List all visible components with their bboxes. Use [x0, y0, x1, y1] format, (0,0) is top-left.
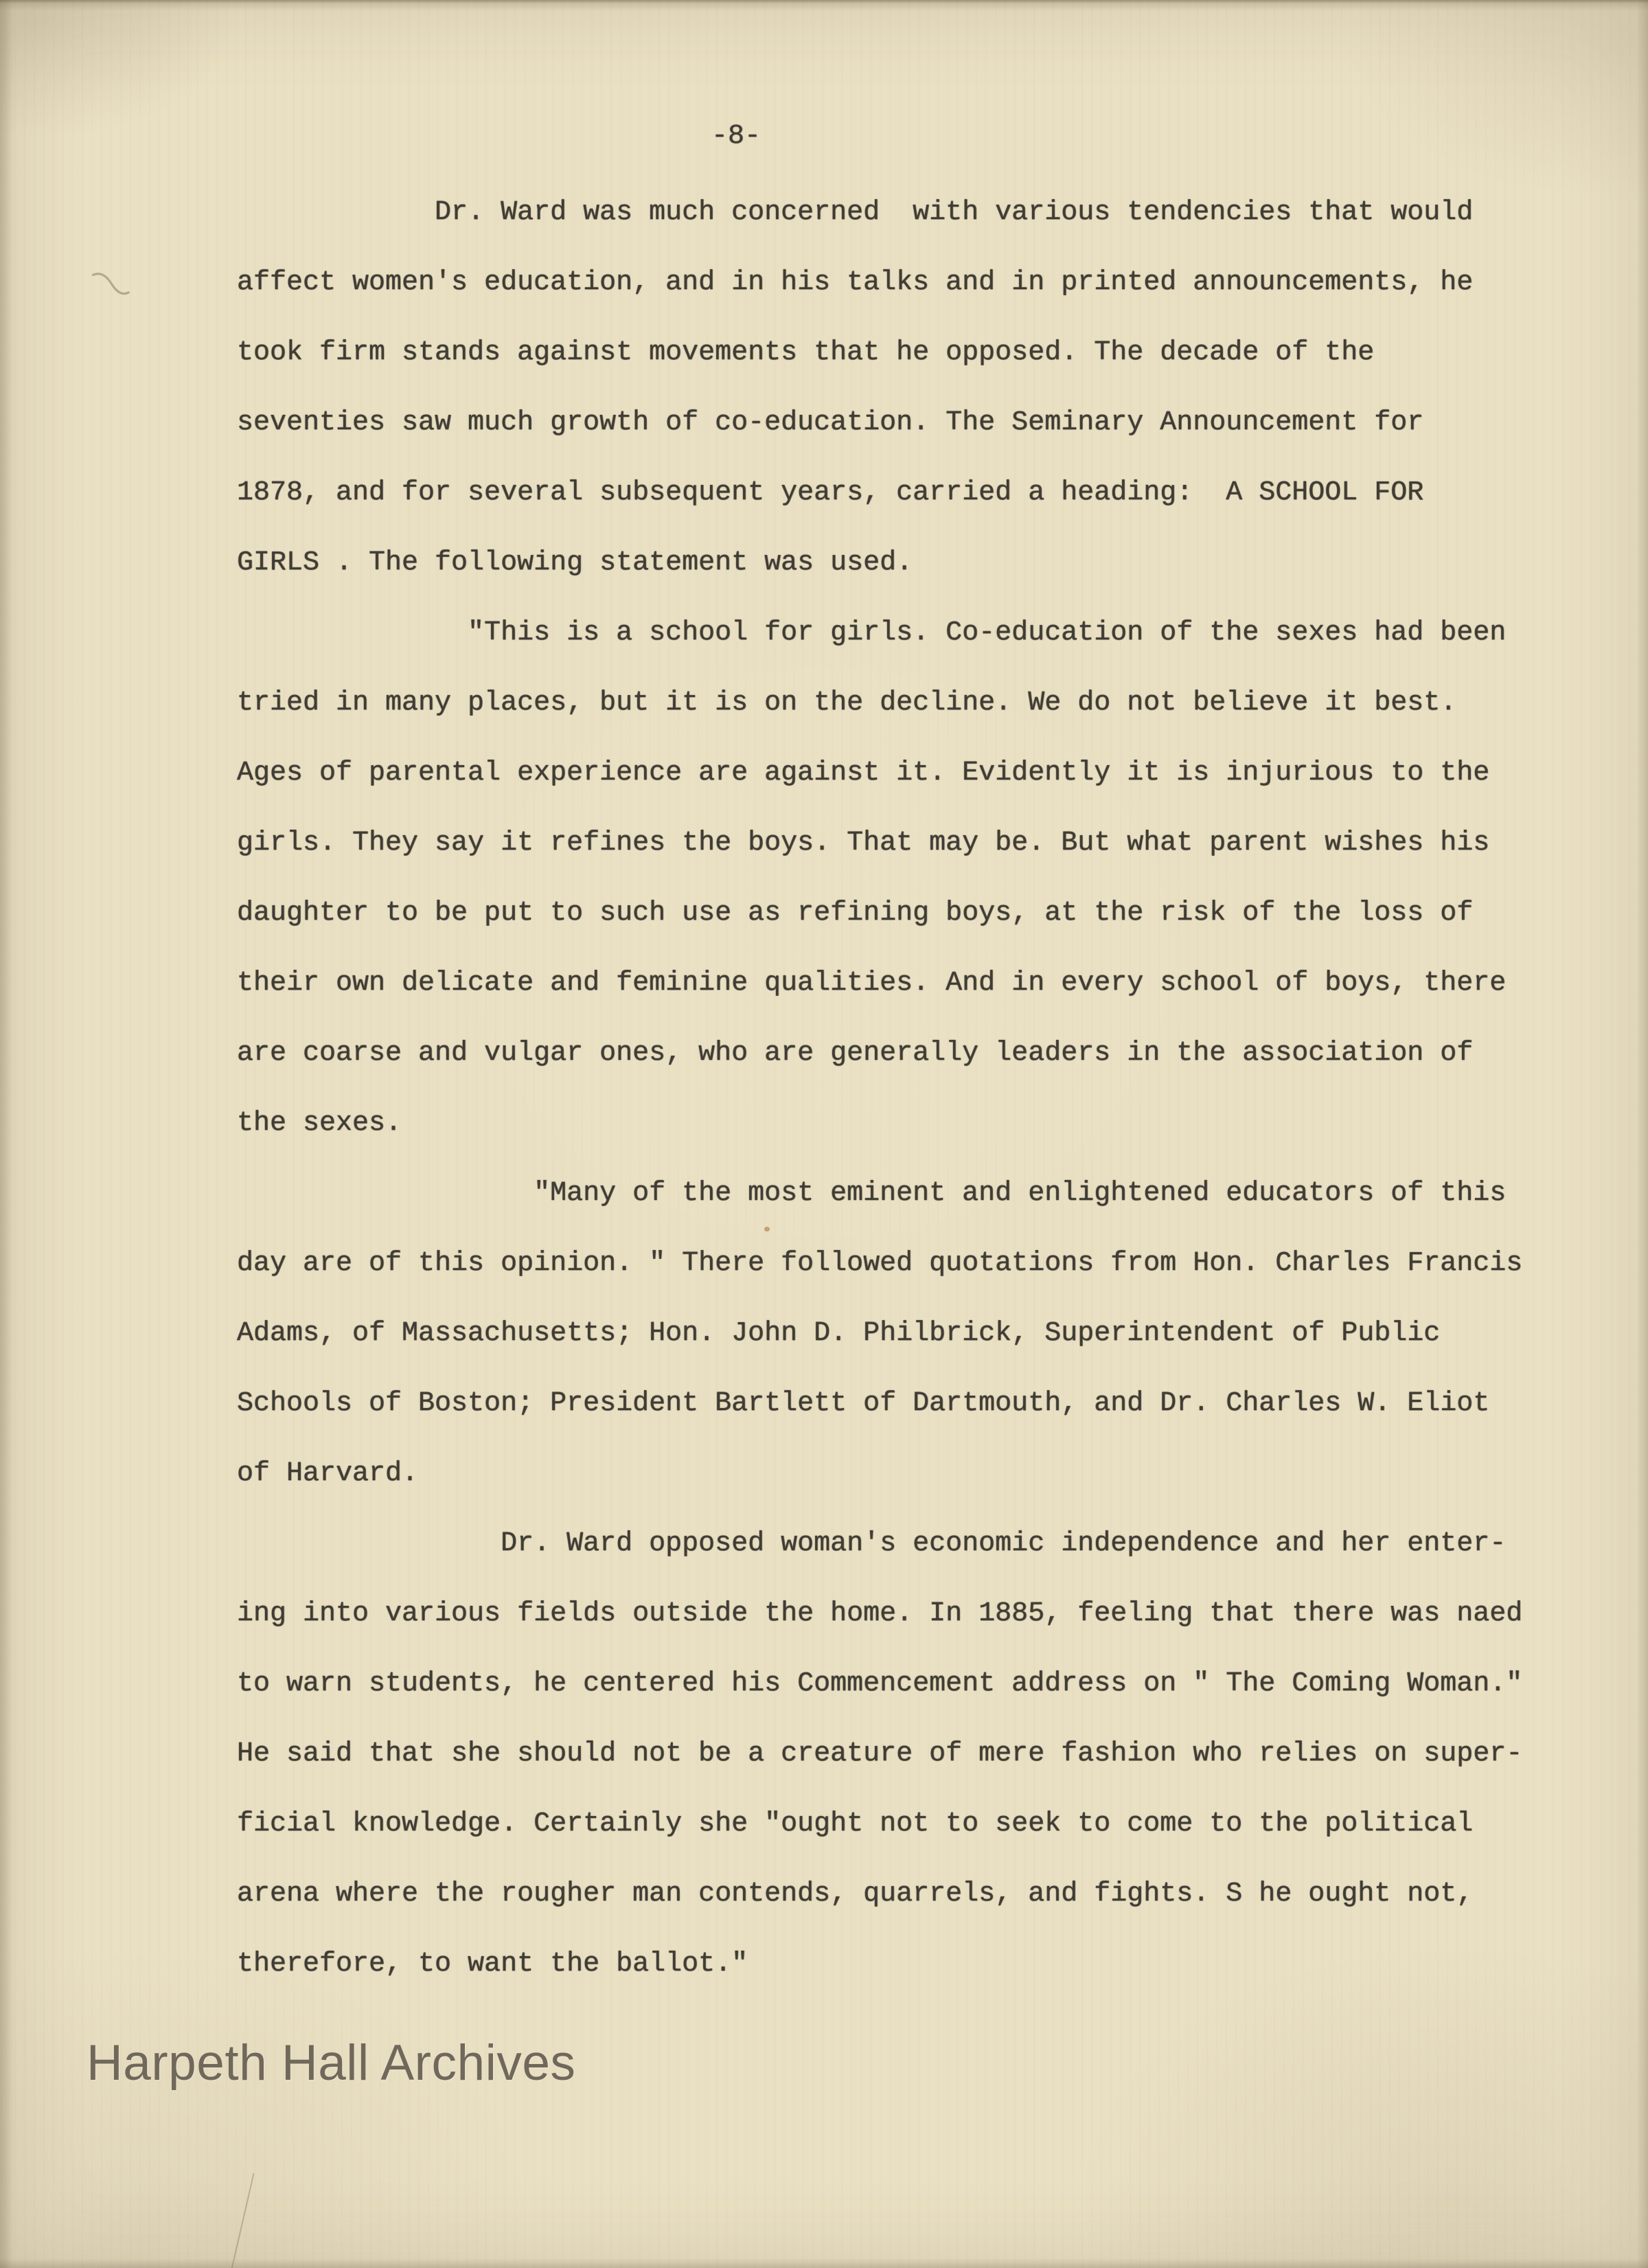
document-page: -8- Dr. Ward was much concerned with var… [0, 0, 1648, 2268]
typed-line: girls. They say it refines the boys. Tha… [237, 808, 1583, 878]
typed-line: tried in many places, but it is on the d… [237, 668, 1583, 738]
typed-line: of Harvard. [237, 1439, 1583, 1509]
typed-line: the sexes. [237, 1089, 1583, 1159]
typed-line: to warn students, he centered his Commen… [237, 1649, 1583, 1719]
pencil-check-mark-svg [88, 268, 133, 301]
typed-line: arena where the rougher man contends, qu… [237, 1859, 1583, 1929]
typed-line: ficial knowledge. Certainly she "ought n… [237, 1789, 1583, 1859]
typed-line: took firm stands against movements that … [237, 318, 1583, 388]
typed-line: seventies saw much growth of co-educatio… [237, 388, 1583, 458]
typed-line: day are of this opinion. " There followe… [237, 1229, 1583, 1299]
page-number: -8- [711, 121, 761, 152]
typed-line: ing into various fields outside the home… [237, 1579, 1583, 1649]
typed-line: "This is a school for girls. Co-educatio… [237, 598, 1583, 668]
typed-line: "Many of the most eminent and enlightene… [237, 1159, 1583, 1229]
typed-line: GIRLS . The following statement was used… [237, 528, 1583, 598]
typed-line: Dr. Ward was much concerned with various… [237, 178, 1583, 248]
paper-fleck [764, 1227, 770, 1232]
typed-line: Ages of parental experience are against … [237, 738, 1583, 808]
typed-line: their own delicate and feminine qualitie… [237, 949, 1583, 1019]
typed-line: Adams, of Massachusetts; Hon. John D. Ph… [237, 1299, 1583, 1369]
typed-line: Dr. Ward opposed woman's economic indepe… [237, 1509, 1583, 1579]
typed-line: He said that she should not be a creatur… [237, 1719, 1583, 1789]
typed-text-block: Dr. Ward was much concerned with various… [237, 178, 1583, 1999]
typed-line: 1878, and for several subsequent years, … [237, 458, 1583, 528]
paper-scratch [230, 2173, 254, 2268]
typed-line: therefore, to want the ballot." [237, 1929, 1583, 1999]
typed-line: Schools of Boston; President Bartlett of… [237, 1369, 1583, 1439]
archive-watermark: Harpeth Hall Archives [87, 2034, 575, 2091]
typed-line: are coarse and vulgar ones, who are gene… [237, 1019, 1583, 1089]
typed-line: affect women's education, and in his tal… [237, 248, 1583, 318]
typed-line: daughter to be put to such use as refini… [237, 878, 1583, 949]
pencil-check-mark [88, 268, 134, 304]
